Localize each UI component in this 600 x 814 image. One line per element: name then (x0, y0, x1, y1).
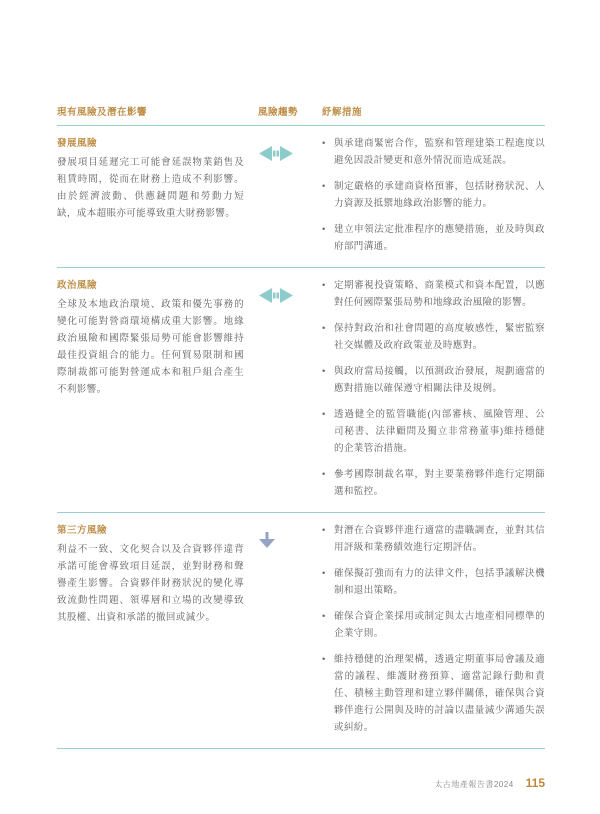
bullet-marker: • (322, 406, 334, 457)
measure-text: 與政府當局接觸，以預測政治發展，規劃適當的應對措施以確保遵守相關法律及規例。 (334, 363, 545, 397)
measure-item: • 與承建商緊密合作，監察和管理建築工程進度以避免因設計變更和意外情況而造成延誤… (322, 135, 545, 169)
trend-icon-slot (258, 532, 322, 549)
bullet-marker: • (322, 363, 334, 397)
page-number: 115 (526, 776, 545, 790)
risk-column: 第三方風險 利益不一致、文化契合以及合資夥伴違背承諾可能會導致項目延誤，並對財務… (57, 522, 258, 736)
measure-text: 與承建商緊密合作，監察和管理建築工程進度以避免因設計變更和意外情況而造成延誤。 (334, 135, 545, 169)
measure-item: • 確保合資企業採用或制定與太古地產相同標準的企業守則。 (322, 608, 545, 642)
measure-item: • 對潛在合資夥伴進行適當的盡職調查，並對其信用評級和業務績效進行定期評估。 (322, 522, 545, 556)
risk-section-title: 發展風險 (57, 135, 258, 149)
measures-list: • 對潛在合資夥伴進行適當的盡職調查，並對其信用評級和業務績效進行定期評估。 •… (322, 522, 545, 736)
bullet-marker: • (322, 135, 334, 169)
measure-text: 對潛在合資夥伴進行適當的盡職調查，並對其信用評級和業務績效進行定期評估。 (334, 522, 545, 556)
header-risk-trend: 風險趨勢 (258, 104, 322, 118)
measure-item: • 維持穩健的治理架構，透過定期董事局會議及適當的議程、維護財務預算、適當記錄行… (322, 651, 545, 736)
bullet-marker: • (322, 221, 334, 255)
measure-text: 參考國際制裁名單，對主要業務夥伴進行定期篩選和監控。 (334, 466, 545, 500)
report-title: 太古地產報告書2024 (434, 779, 513, 790)
measure-text: 保持對政治和社會問題的高度敏感性，緊密監察社交媒體及政府政策並及時應對。 (334, 320, 545, 354)
bullet-marker: • (322, 277, 334, 311)
left-right-arrows-icon (258, 145, 322, 162)
risk-table: 現有風險及潛在影響 風險趨勢 紓解措施 發展風險 發展項目延遲完工可能會延誤物業… (57, 104, 545, 749)
trend-icon-slot (258, 287, 322, 304)
measure-item: • 確保擬訂強而有力的法律文件，包括爭議解決機制和退出策略。 (322, 565, 545, 599)
measure-text: 透過健全的監管職能(內部審核、風險管理、公司秘書、法律顧問及獨立非常務董事)維持… (334, 406, 545, 457)
left-right-arrows-icon (258, 287, 322, 304)
risk-section-title: 第三方風險 (57, 522, 258, 536)
bullet-marker: • (322, 466, 334, 500)
measure-text: 建立申領法定批准程序的應變措施，並及時與政府部門溝通。 (334, 221, 545, 255)
measure-item: • 定期審視投資策略、商業模式和資本配置，以應對任何國際緊張局勢和地緣政治風險的… (322, 277, 545, 311)
risk-section-title: 政治風險 (57, 277, 258, 291)
down-arrow-icon (258, 532, 322, 549)
bullet-marker: • (322, 320, 334, 354)
risk-description: 全球及本地政治環境、政策和優先事務的變化可能對營商環境構成重大影響。地緣政治風險… (57, 296, 258, 398)
measures-list: • 與承建商緊密合作，監察和管理建築工程進度以避免因設計變更和意外情況而造成延誤… (322, 135, 545, 255)
header-existing-risks: 現有風險及潛在影響 (57, 104, 258, 118)
risk-section-row: 政治風險 全球及本地政治環境、政策和優先事務的變化可能對營商環境構成重大影響。地… (57, 268, 545, 513)
measure-text: 制定嚴格的承建商資格預審，包括財務狀況、人力資源及抵禦地緣政治影響的能力。 (334, 178, 545, 212)
trend-cell (258, 135, 322, 255)
measure-text: 維持穩健的治理架構，透過定期董事局會議及適當的議程、維護財務預算、適當記錄行動和… (334, 651, 545, 736)
header-mitigation-measures: 紓解措施 (322, 104, 545, 118)
measure-text: 確保擬訂強而有力的法律文件，包括爭議解決機制和退出策略。 (334, 565, 545, 599)
risk-section-row: 第三方風險 利益不一致、文化契合以及合資夥伴違背承諾可能會導致項目延誤，並對財務… (57, 513, 545, 749)
measure-item: • 透過健全的監管職能(內部審核、風險管理、公司秘書、法律顧問及獨立非常務董事)… (322, 406, 545, 457)
bullet-marker: • (322, 178, 334, 212)
trend-cell (258, 277, 322, 500)
trend-cell (258, 522, 322, 736)
measure-item: • 制定嚴格的承建商資格預審，包括財務狀況、人力資源及抵禦地緣政治影響的能力。 (322, 178, 545, 212)
bullet-marker: • (322, 522, 334, 556)
measure-item: • 建立申領法定批准程序的應變措施，並及時與政府部門溝通。 (322, 221, 545, 255)
measure-item: • 保持對政治和社會問題的高度敏感性，緊密監察社交媒體及政府政策並及時應對。 (322, 320, 545, 354)
risk-description: 發展項目延遲完工可能會延誤物業銷售及租賃時間，從而在財務上造成不利影響。由於經濟… (57, 154, 258, 222)
measure-item: • 參考國際制裁名單，對主要業務夥伴進行定期篩選和監控。 (322, 466, 545, 500)
risk-description: 利益不一致、文化契合以及合資夥伴違背承諾可能會導致項目延誤，並對財務和聲譽產生影… (57, 541, 258, 626)
report-page: 現有風險及潛在影響 風險趨勢 紓解措施 發展風險 發展項目延遲完工可能會延誤物業… (0, 0, 600, 814)
measure-item: • 與政府當局接觸，以預測政治發展，規劃適當的應對措施以確保遵守相關法律及規例。 (322, 363, 545, 397)
measure-text: 確保合資企業採用或制定與太古地產相同標準的企業守則。 (334, 608, 545, 642)
page-footer: 太古地產報告書2024 115 (434, 776, 545, 790)
trend-icon-slot (258, 145, 322, 162)
risk-table-body: 發展風險 發展項目延遲完工可能會延誤物業銷售及租賃時間，從而在財務上造成不利影響… (57, 126, 545, 749)
risk-column: 發展風險 發展項目延遲完工可能會延誤物業銷售及租賃時間，從而在財務上造成不利影響… (57, 135, 258, 255)
bullet-marker: • (322, 565, 334, 599)
risk-column: 政治風險 全球及本地政治環境、政策和優先事務的變化可能對營商環境構成重大影響。地… (57, 277, 258, 500)
measure-text: 定期審視投資策略、商業模式和資本配置，以應對任何國際緊張局勢和地緣政治風險的影響… (334, 277, 545, 311)
bullet-marker: • (322, 651, 334, 736)
risk-section-row: 發展風險 發展項目延遲完工可能會延誤物業銷售及租賃時間，從而在財務上造成不利影響… (57, 126, 545, 268)
measures-list: • 定期審視投資策略、商業模式和資本配置，以應對任何國際緊張局勢和地緣政治風險的… (322, 277, 545, 500)
bullet-marker: • (322, 608, 334, 642)
table-header-row: 現有風險及潛在影響 風險趨勢 紓解措施 (57, 104, 545, 126)
